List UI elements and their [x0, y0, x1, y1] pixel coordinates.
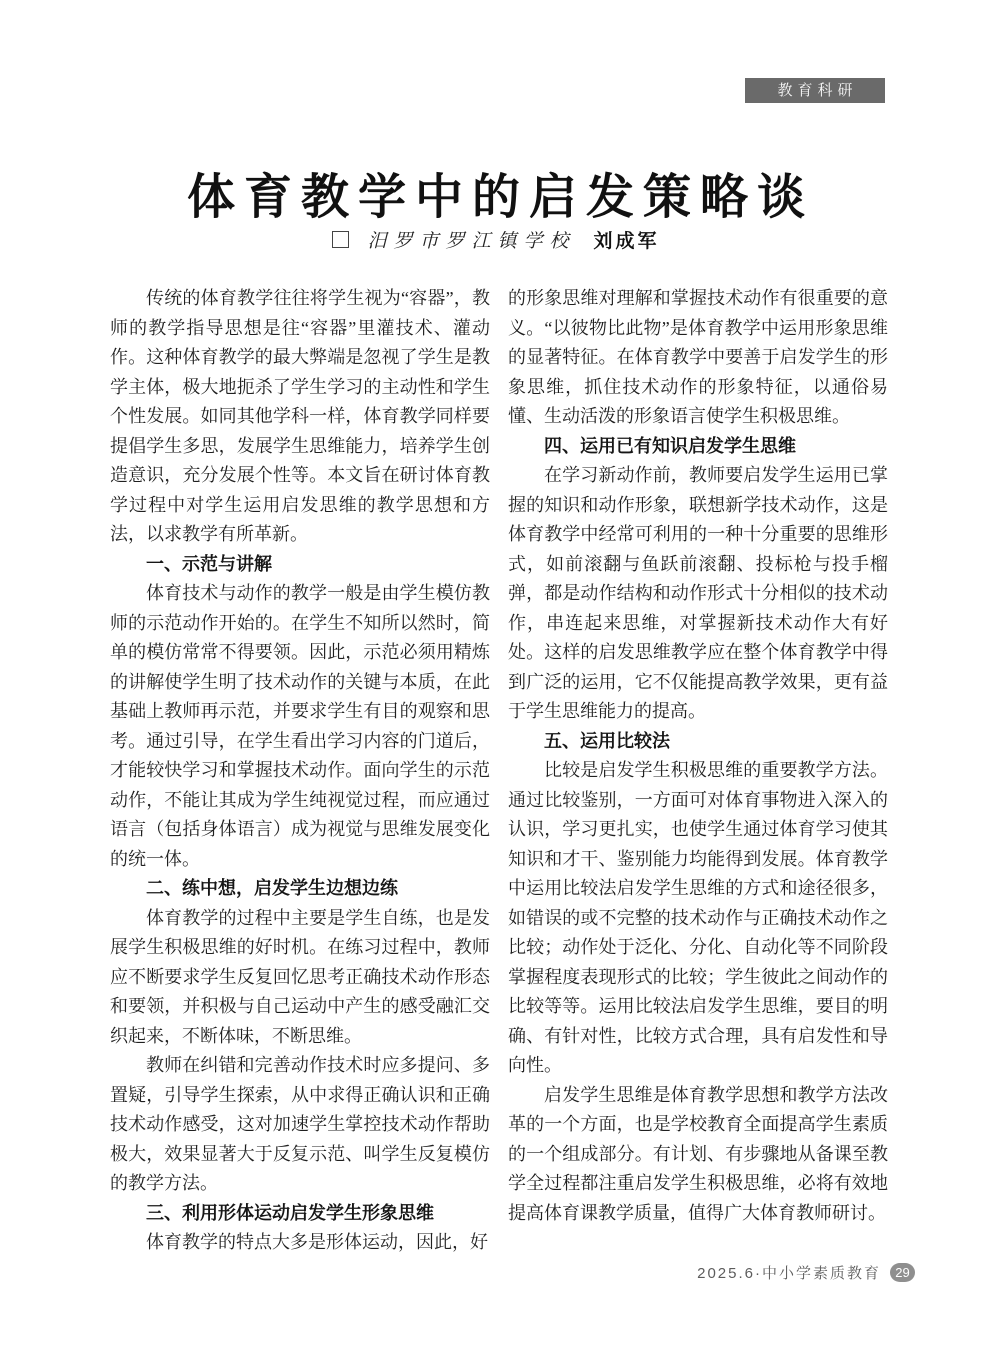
- body-paragraph: 传统的体育教学往往将学生视为“容器”，教师的教学指导思想是往“容器”里灌技术、灌…: [110, 284, 490, 550]
- section-heading: 一、示范与讲解: [110, 550, 490, 580]
- page-footer: 2025.6·中小学素质教育 29: [697, 1260, 915, 1284]
- journal-issue-label: 2025.6·中小学素质教育: [697, 1262, 881, 1283]
- left-text-column: 传统的体育教学往往将学生视为“容器”，教师的教学指导思想是往“容器”里灌技术、灌…: [110, 284, 490, 1258]
- body-paragraph: 在学习新动作前，教师要启发学生运用已掌握的知识和动作形象，联想新学技术动作，这是…: [508, 461, 888, 727]
- right-text-column: 的形象思维对理解和掌握技术动作有很重要的意义。“以彼物比此物”是体育教学中运用形…: [508, 284, 888, 1228]
- section-heading: 三、利用形体运动启发学生形象思维: [110, 1199, 490, 1229]
- author-name: 刘成军: [594, 226, 660, 253]
- section-heading: 四、运用已有知识启发学生思维: [508, 432, 888, 462]
- category-badge: 教育科研: [745, 78, 885, 103]
- body-paragraph: 启发学生思维是体育教学思想和教学方法改革的一个方面，也是学校教育全面提高学生素质…: [508, 1081, 888, 1229]
- section-heading: 二、练中想，启发学生边想边练: [110, 874, 490, 904]
- section-heading: 五、运用比较法: [508, 727, 888, 757]
- body-paragraph: 比较是启发学生积极思维的重要教学方法。通过比较鉴别，一方面可对体育事物进入深入的…: [508, 756, 888, 1081]
- byline: 汨罗市罗江镇学校 刘成军: [0, 226, 992, 252]
- body-paragraph: 体育教学的过程中主要是学生自练，也是发展学生积极思维的好时机。在练习过程中，教师…: [110, 904, 490, 1052]
- page-number-badge: 29: [890, 1263, 915, 1282]
- author-marker-square-icon: [332, 231, 349, 248]
- body-paragraph: 的形象思维对理解和掌握技术动作有很重要的意义。“以彼物比此物”是体育教学中运用形…: [508, 284, 888, 432]
- journal-page: 教育科研 体育教学中的启发策略谈 汨罗市罗江镇学校 刘成军 传统的体育教学往往将…: [0, 0, 992, 1346]
- body-paragraph: 体育技术与动作的教学一般是由学生模仿教师的示范动作开始的。在学生不知所以然时，简…: [110, 579, 490, 874]
- article-title: 体育教学中的启发策略谈: [0, 158, 992, 227]
- body-paragraph: 体育教学的特点大多是形体运动，因此，好: [110, 1228, 490, 1258]
- author-affiliation: 汨罗市罗江镇学校: [367, 226, 575, 253]
- body-paragraph: 教师在纠错和完善动作技术时应多提问、多置疑，引导学生探索，从中求得正确认识和正确…: [110, 1051, 490, 1199]
